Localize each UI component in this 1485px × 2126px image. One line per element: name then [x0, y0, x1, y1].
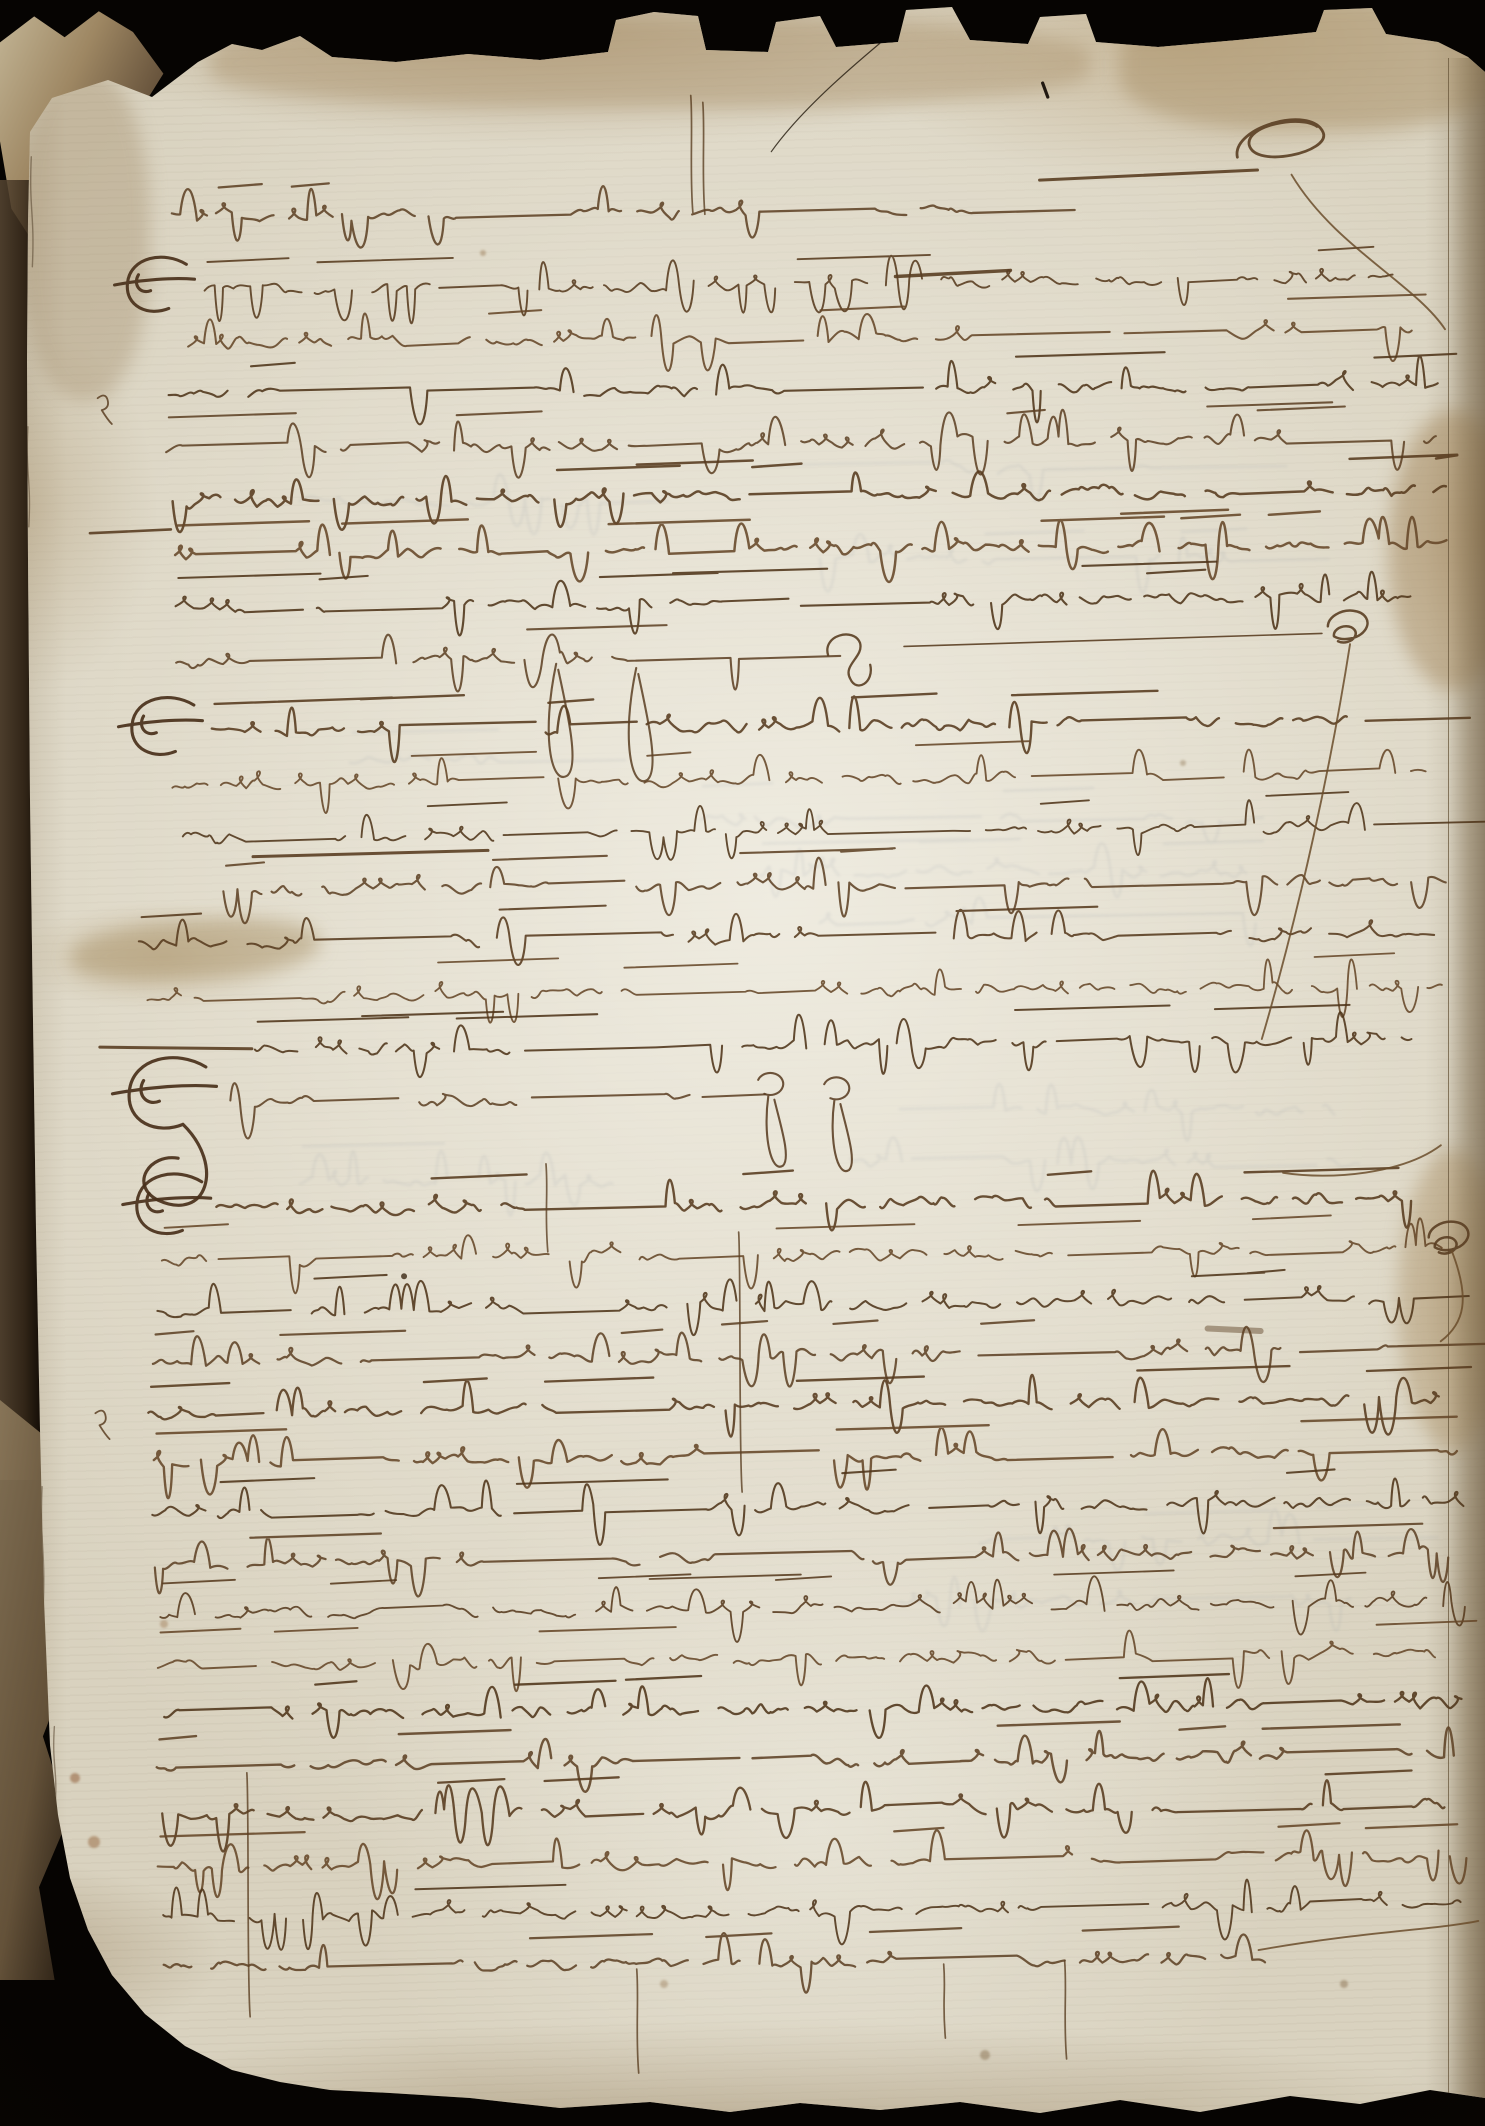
stain-left-smear [68, 911, 322, 988]
foxing-speck [1340, 1980, 1348, 1988]
foxing-speck [980, 2050, 990, 2060]
stain-left-top [20, 70, 150, 400]
ink-text [19, 21, 1485, 2079]
verso-showthrough [300, 460, 1437, 1631]
page-edge-right [1448, 58, 1485, 2100]
manuscript-page [0, 0, 1485, 2126]
foxing-speck [70, 1773, 80, 1783]
stain-right-lower [1398, 1150, 1485, 1450]
foxing-speck [160, 1620, 168, 1628]
foxing-speck [88, 1836, 100, 1848]
foxing-speck [1180, 760, 1186, 766]
foxing-speck [660, 1980, 668, 1988]
stain-right-middle [1388, 410, 1485, 690]
handwriting-layer [0, 0, 1485, 2126]
foxing-speck [480, 250, 486, 256]
